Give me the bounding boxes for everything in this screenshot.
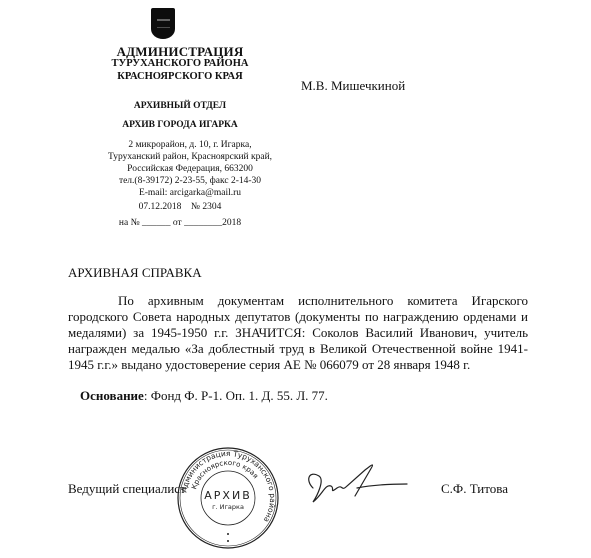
recipient: М.В. Мишечкиной [301, 78, 405, 94]
signer-name: С.Ф. Титова [441, 481, 508, 497]
address-line: 2 микрорайон, д. 10, г. Игарка, [80, 139, 300, 151]
basis-value: : Фонд Ф. Р-1. Оп. 1. Д. 55. Л. 77. [144, 388, 328, 403]
email-line: E-mail: arcigarka@mail.ru [80, 187, 300, 199]
document-body: По архивным документам исполнительного к… [68, 293, 528, 373]
basis-label: Основание [80, 388, 144, 403]
signer-position: Ведущий специалист [68, 481, 186, 497]
archive-stamp: Администрация Туруханского района Красно… [176, 446, 280, 550]
coat-of-arms-icon [151, 8, 175, 39]
phone-line: тел.(8-39172) 2-23-55, факс 2-14-30 [80, 175, 300, 187]
department-name: АРХИВНЫЙ ОТДЕЛ [80, 101, 280, 111]
stamp-center-title: АРХИВ [204, 489, 251, 502]
stamp-center-city: г. Игарка [212, 503, 244, 511]
body-paragraph: По архивным документам исполнительного к… [68, 293, 528, 373]
date-number: 07.12.2018 № 2304 [100, 202, 260, 212]
document-title: АРХИВНАЯ СПРАВКА [68, 265, 202, 281]
address-block: 2 микрорайон, д. 10, г. Игарка, Туруханс… [80, 139, 300, 199]
basis-line: Основание: Фонд Ф. Р-1. Оп. 1. Д. 55. Л.… [80, 388, 328, 404]
org-name-line2: ТУРУХАНСКОГО РАЙОНА [80, 58, 280, 69]
org-name-line3: КРАСНОЯРСКОГО КРАЯ [80, 71, 280, 82]
address-line: Российская Федерация, 663200 [80, 163, 300, 175]
address-line: Туруханский район, Красноярский край, [80, 151, 300, 163]
reference-line: на № ______ от ________2018 [100, 218, 260, 228]
signature-mark [295, 458, 410, 513]
archive-name: АРХИВ ГОРОДА ИГАРКА [80, 120, 280, 130]
